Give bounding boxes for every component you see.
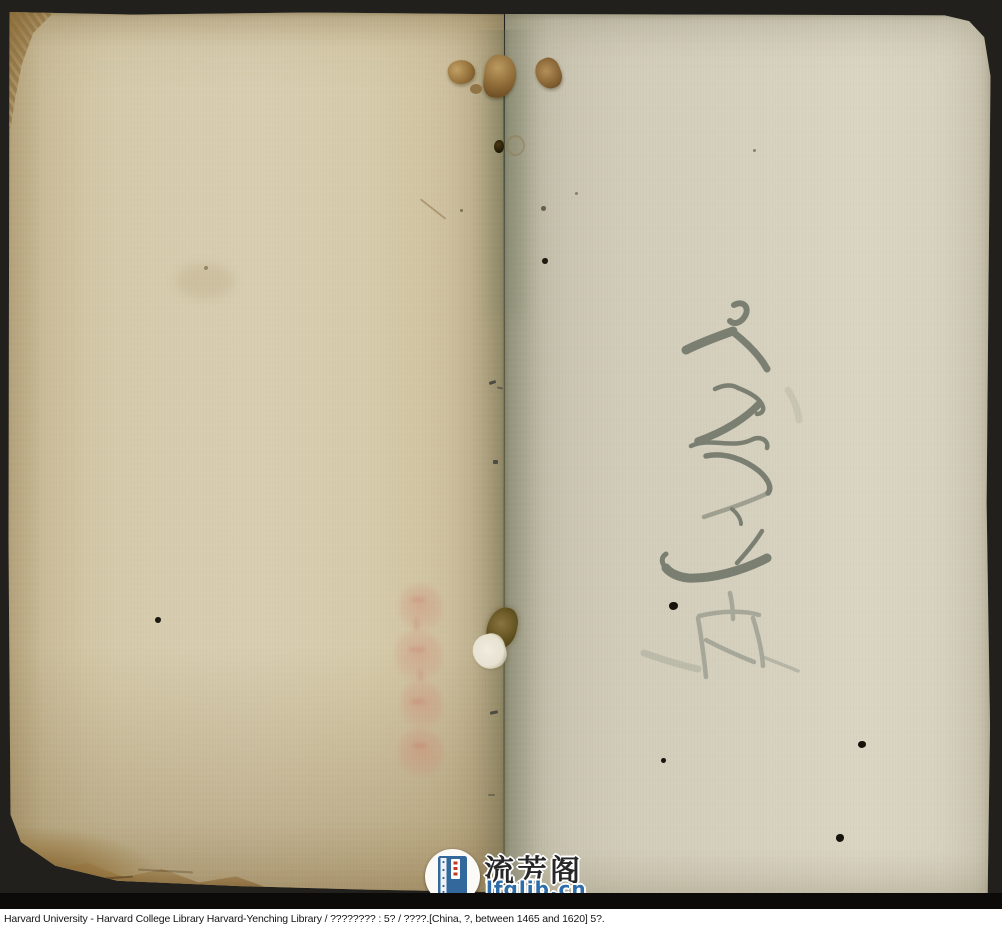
ink-blot: [494, 140, 504, 153]
digitized-book-scan: 流芳阁 lfglib.cn Harvard University - Harva…: [0, 0, 1002, 933]
catalog-caption: Harvard University - Harvard College Lib…: [4, 913, 605, 925]
corner-wear-bottom-left: [10, 828, 160, 892]
scratch-mark: [420, 198, 446, 219]
binding-tear: [470, 84, 482, 94]
stitch-mark: [493, 460, 498, 464]
spine-fold-line: [503, 88, 505, 894]
caption-bar: Harvard University - Harvard College Lib…: [0, 909, 1002, 933]
gutter-stain: [490, 66, 524, 316]
stitch-mark: [488, 794, 495, 796]
bottom-shadow-strip: [0, 893, 1002, 909]
red-seal-bleedthrough: [393, 584, 451, 780]
corner-wear-top-left: [8, 12, 54, 128]
calligraphy-column: [620, 280, 820, 700]
ring-stain: [506, 135, 525, 156]
